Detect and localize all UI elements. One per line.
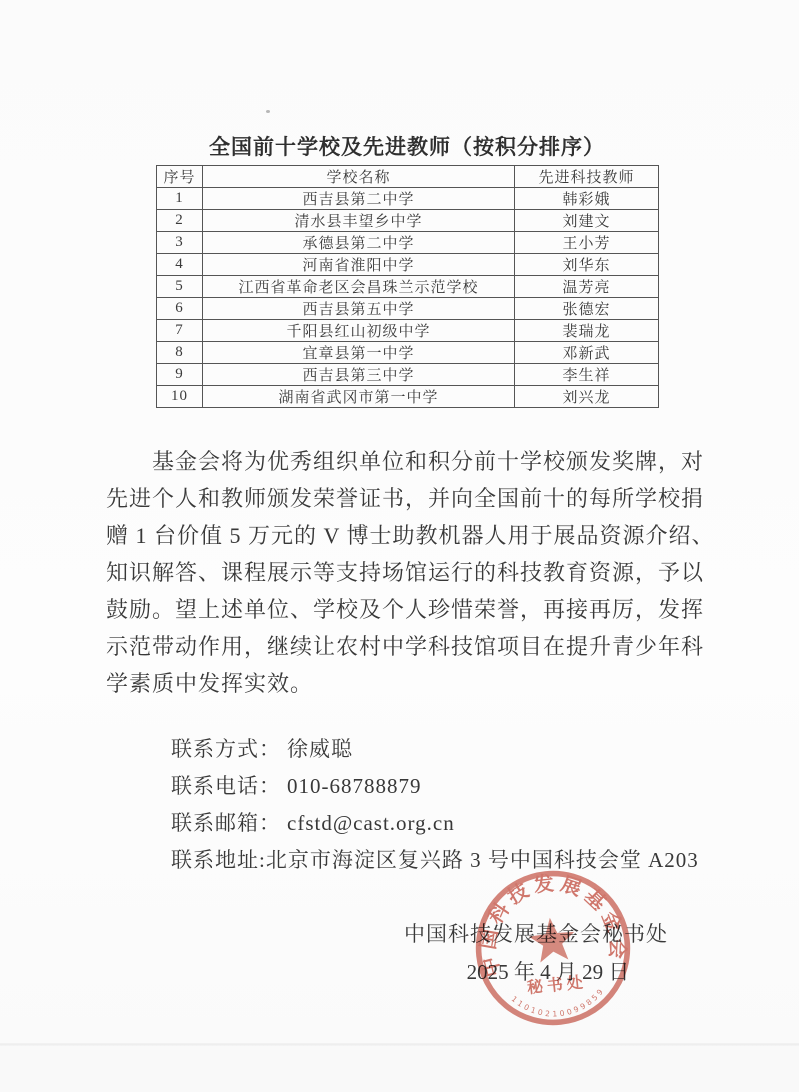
header-school: 学校名称 xyxy=(203,166,515,188)
paragraph-line: 知识解答、课程展示等支持场馆运行的科技教育资源，予以 xyxy=(106,554,692,591)
body-paragraph: 基金会将为优秀组织单位和积分前十学校颁发奖牌，对 先进个人和教师颁发荣誉证书，并… xyxy=(106,443,692,702)
seal-serial-number: 11010210099859 xyxy=(509,985,609,1024)
table-row: 9 西吉县第三中学 李生祥 xyxy=(157,364,659,386)
document-date: 2025 年 4 月 29 日 xyxy=(448,956,648,986)
cell-school: 承德县第二中学 xyxy=(203,232,515,254)
contact-email-line: 联系邮箱：cfstd@cast.org.cn xyxy=(171,805,699,842)
cell-no: 6 xyxy=(157,298,203,320)
paragraph-line: 先进个人和教师颁发荣誉证书，并向全国前十的每所学校捐 xyxy=(106,480,692,517)
table-row: 2 清水县丰望乡中学 刘建文 xyxy=(157,210,659,232)
scanner-background xyxy=(0,1046,799,1092)
cell-no: 10 xyxy=(157,386,203,408)
cell-teacher: 邓新武 xyxy=(515,342,659,364)
table-row: 6 西吉县第五中学 张德宏 xyxy=(157,298,659,320)
cell-teacher: 刘华东 xyxy=(515,254,659,276)
cell-teacher: 温芳亮 xyxy=(515,276,659,298)
contact-person-line: 联系方式：徐威聪 xyxy=(171,731,699,768)
cell-no: 5 xyxy=(157,276,203,298)
paragraph-line: 示范带动作用，继续让农村中学科技馆项目在提升青少年科 xyxy=(106,628,692,665)
contact-block: 联系方式：徐威聪 联系电话：010-68788879 联系邮箱：cfstd@ca… xyxy=(171,731,699,879)
cell-teacher: 张德宏 xyxy=(515,298,659,320)
table-header-row: 序号 学校名称 先进科技教师 xyxy=(157,166,659,188)
table-row: 1 西吉县第二中学 韩彩娥 xyxy=(157,188,659,210)
cell-school: 清水县丰望乡中学 xyxy=(203,210,515,232)
contact-phone-value: 010-68788879 xyxy=(287,774,422,798)
contact-email-value: cfstd@cast.org.cn xyxy=(287,811,455,835)
document-title: 全国前十学校及先进教师（按积分排序） xyxy=(156,131,658,161)
cell-school: 湖南省武冈市第一中学 xyxy=(203,386,515,408)
cell-teacher: 韩彩娥 xyxy=(515,188,659,210)
cell-school: 西吉县第三中学 xyxy=(203,364,515,386)
cell-school: 西吉县第二中学 xyxy=(203,188,515,210)
cell-no: 7 xyxy=(157,320,203,342)
cell-school: 西吉县第五中学 xyxy=(203,298,515,320)
cell-school: 江西省革命老区会昌珠兰示范学校 xyxy=(203,276,515,298)
paragraph-line: 赠 1 台价值 5 万元的 V 博士助教机器人用于展品资源介绍、 xyxy=(106,517,692,554)
table-row: 10 湖南省武冈市第一中学 刘兴龙 xyxy=(157,386,659,408)
scan-speck xyxy=(266,110,270,113)
table-row: 5 江西省革命老区会昌珠兰示范学校 温芳亮 xyxy=(157,276,659,298)
cell-no: 2 xyxy=(157,210,203,232)
cell-no: 1 xyxy=(157,188,203,210)
ranking-table: 序号 学校名称 先进科技教师 1 西吉县第二中学 韩彩娥 2 清水县丰望乡中学 … xyxy=(156,165,659,408)
paragraph-line: 基金会将为优秀组织单位和积分前十学校颁发奖牌，对 xyxy=(106,443,692,480)
contact-phone-line: 联系电话：010-68788879 xyxy=(171,768,699,805)
header-teacher: 先进科技教师 xyxy=(515,166,659,188)
contact-person-label: 联系方式： xyxy=(171,737,281,761)
cell-teacher: 王小芳 xyxy=(515,232,659,254)
cell-no: 8 xyxy=(157,342,203,364)
cell-school: 千阳县红山初级中学 xyxy=(203,320,515,342)
header-no: 序号 xyxy=(157,166,203,188)
cell-teacher: 刘建文 xyxy=(515,210,659,232)
table-row: 8 宜章县第一中学 邓新武 xyxy=(157,342,659,364)
contact-phone-label: 联系电话： xyxy=(171,774,281,798)
contact-person-value: 徐威聪 xyxy=(287,737,353,761)
contact-address-value: 北京市海淀区复兴路 3 号中国科技会堂 A203 xyxy=(266,848,699,872)
contact-email-label: 联系邮箱： xyxy=(171,811,281,835)
cell-school: 宜章县第一中学 xyxy=(203,342,515,364)
signature-org: 中国科技发展基金会秘书处 xyxy=(404,918,664,948)
cell-teacher: 刘兴龙 xyxy=(515,386,659,408)
official-seal: 中国科技发展基金会 秘书处 11010210099859 xyxy=(465,860,641,1036)
cell-school: 河南省淮阳中学 xyxy=(203,254,515,276)
document-page: 全国前十学校及先进教师（按积分排序） 序号 学校名称 先进科技教师 1 西吉县第… xyxy=(0,0,799,1092)
table-row: 7 千阳县红山初级中学 裴瑞龙 xyxy=(157,320,659,342)
cell-teacher: 李生祥 xyxy=(515,364,659,386)
cell-no: 3 xyxy=(157,232,203,254)
table-row: 3 承德县第二中学 王小芳 xyxy=(157,232,659,254)
cell-no: 4 xyxy=(157,254,203,276)
contact-address-line: 联系地址:北京市海淀区复兴路 3 号中国科技会堂 A203 xyxy=(171,842,699,879)
contact-address-label: 联系地址: xyxy=(171,848,266,872)
cell-teacher: 裴瑞龙 xyxy=(515,320,659,342)
cell-no: 9 xyxy=(157,364,203,386)
paragraph-line: 学素质中发挥实效。 xyxy=(106,665,692,702)
table-row: 4 河南省淮阳中学 刘华东 xyxy=(157,254,659,276)
seal-ring xyxy=(471,866,635,1030)
paragraph-line: 鼓励。望上述单位、学校及个人珍惜荣誉，再接再厉，发挥 xyxy=(106,591,692,628)
